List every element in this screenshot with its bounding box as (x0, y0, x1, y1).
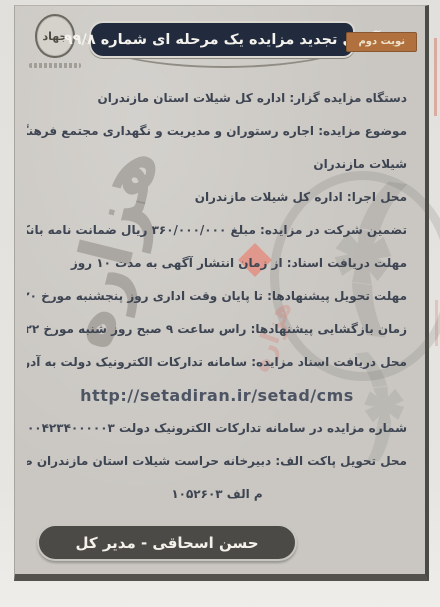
org-logo-caption (29, 63, 81, 68)
newspaper-scan: ﴾ ﴿ هزاره هزاره جهاد آگهی تجدید مزایده ی… (0, 0, 440, 607)
scan-edge-mark (434, 38, 437, 116)
ad-line-execution-place: محل اجرا: اداره کل شیلات مازندران (27, 181, 407, 214)
ad-line-doc-deadline: مهلت دریافت اسناد: از زمان انتشار آگهی ب… (27, 247, 407, 280)
ad-line-subject-cont: شیلات مازندران (27, 148, 407, 181)
setad-url: http://setadiran.ir/setad/cms (27, 379, 407, 412)
ad-line-proposal-deadline: مهلت تحویل پیشنهادها: تا پایان وقت اداری… (27, 280, 407, 313)
scan-edge-mark (435, 300, 438, 346)
edition-badge: نوبت دوم (346, 32, 417, 52)
ad-line-opening-time: زمان بازگشایی پیشنهادها: راس ساعت ۹ صبح … (27, 313, 407, 346)
ad-line-guarantee: تضمین شرکت در مزایده: مبلغ ۳۶۰/۰۰۰/۰۰۰ ر… (27, 214, 407, 247)
ad-line-contracting-agency: دستگاه مزایده گزار: اداره کل شیلات استان… (27, 82, 407, 115)
ad-line-auction-number: شماره مزایده در سامانه تدارکات الکترونیک… (27, 412, 407, 445)
ad-title: آگهی تجدید مزایده یک مرحله ای شماره ۹۹/۸ (89, 21, 355, 58)
signature-badge: حسن اسحاقی - مدیر کل (37, 524, 297, 561)
ad-line-malef-number: م الف ۱۰۵۲۶۰۳ (27, 478, 407, 511)
auction-ad: ﴾ ﴿ هزاره هزاره جهاد آگهی تجدید مزایده ی… (14, 5, 429, 581)
ad-line-envelope-delivery: محل تحویل پاکت الف: دبیرخانه حراست شیلات… (27, 445, 407, 478)
ad-line-doc-source: محل دریافت اسناد مزایده: سامانه تدارکات … (27, 346, 407, 379)
ad-line-subject: موضوع مزایده: اجاره رستوران و مدیریت و ن… (27, 115, 407, 148)
ad-body: دستگاه مزایده گزار: اداره کل شیلات استان… (27, 82, 407, 511)
